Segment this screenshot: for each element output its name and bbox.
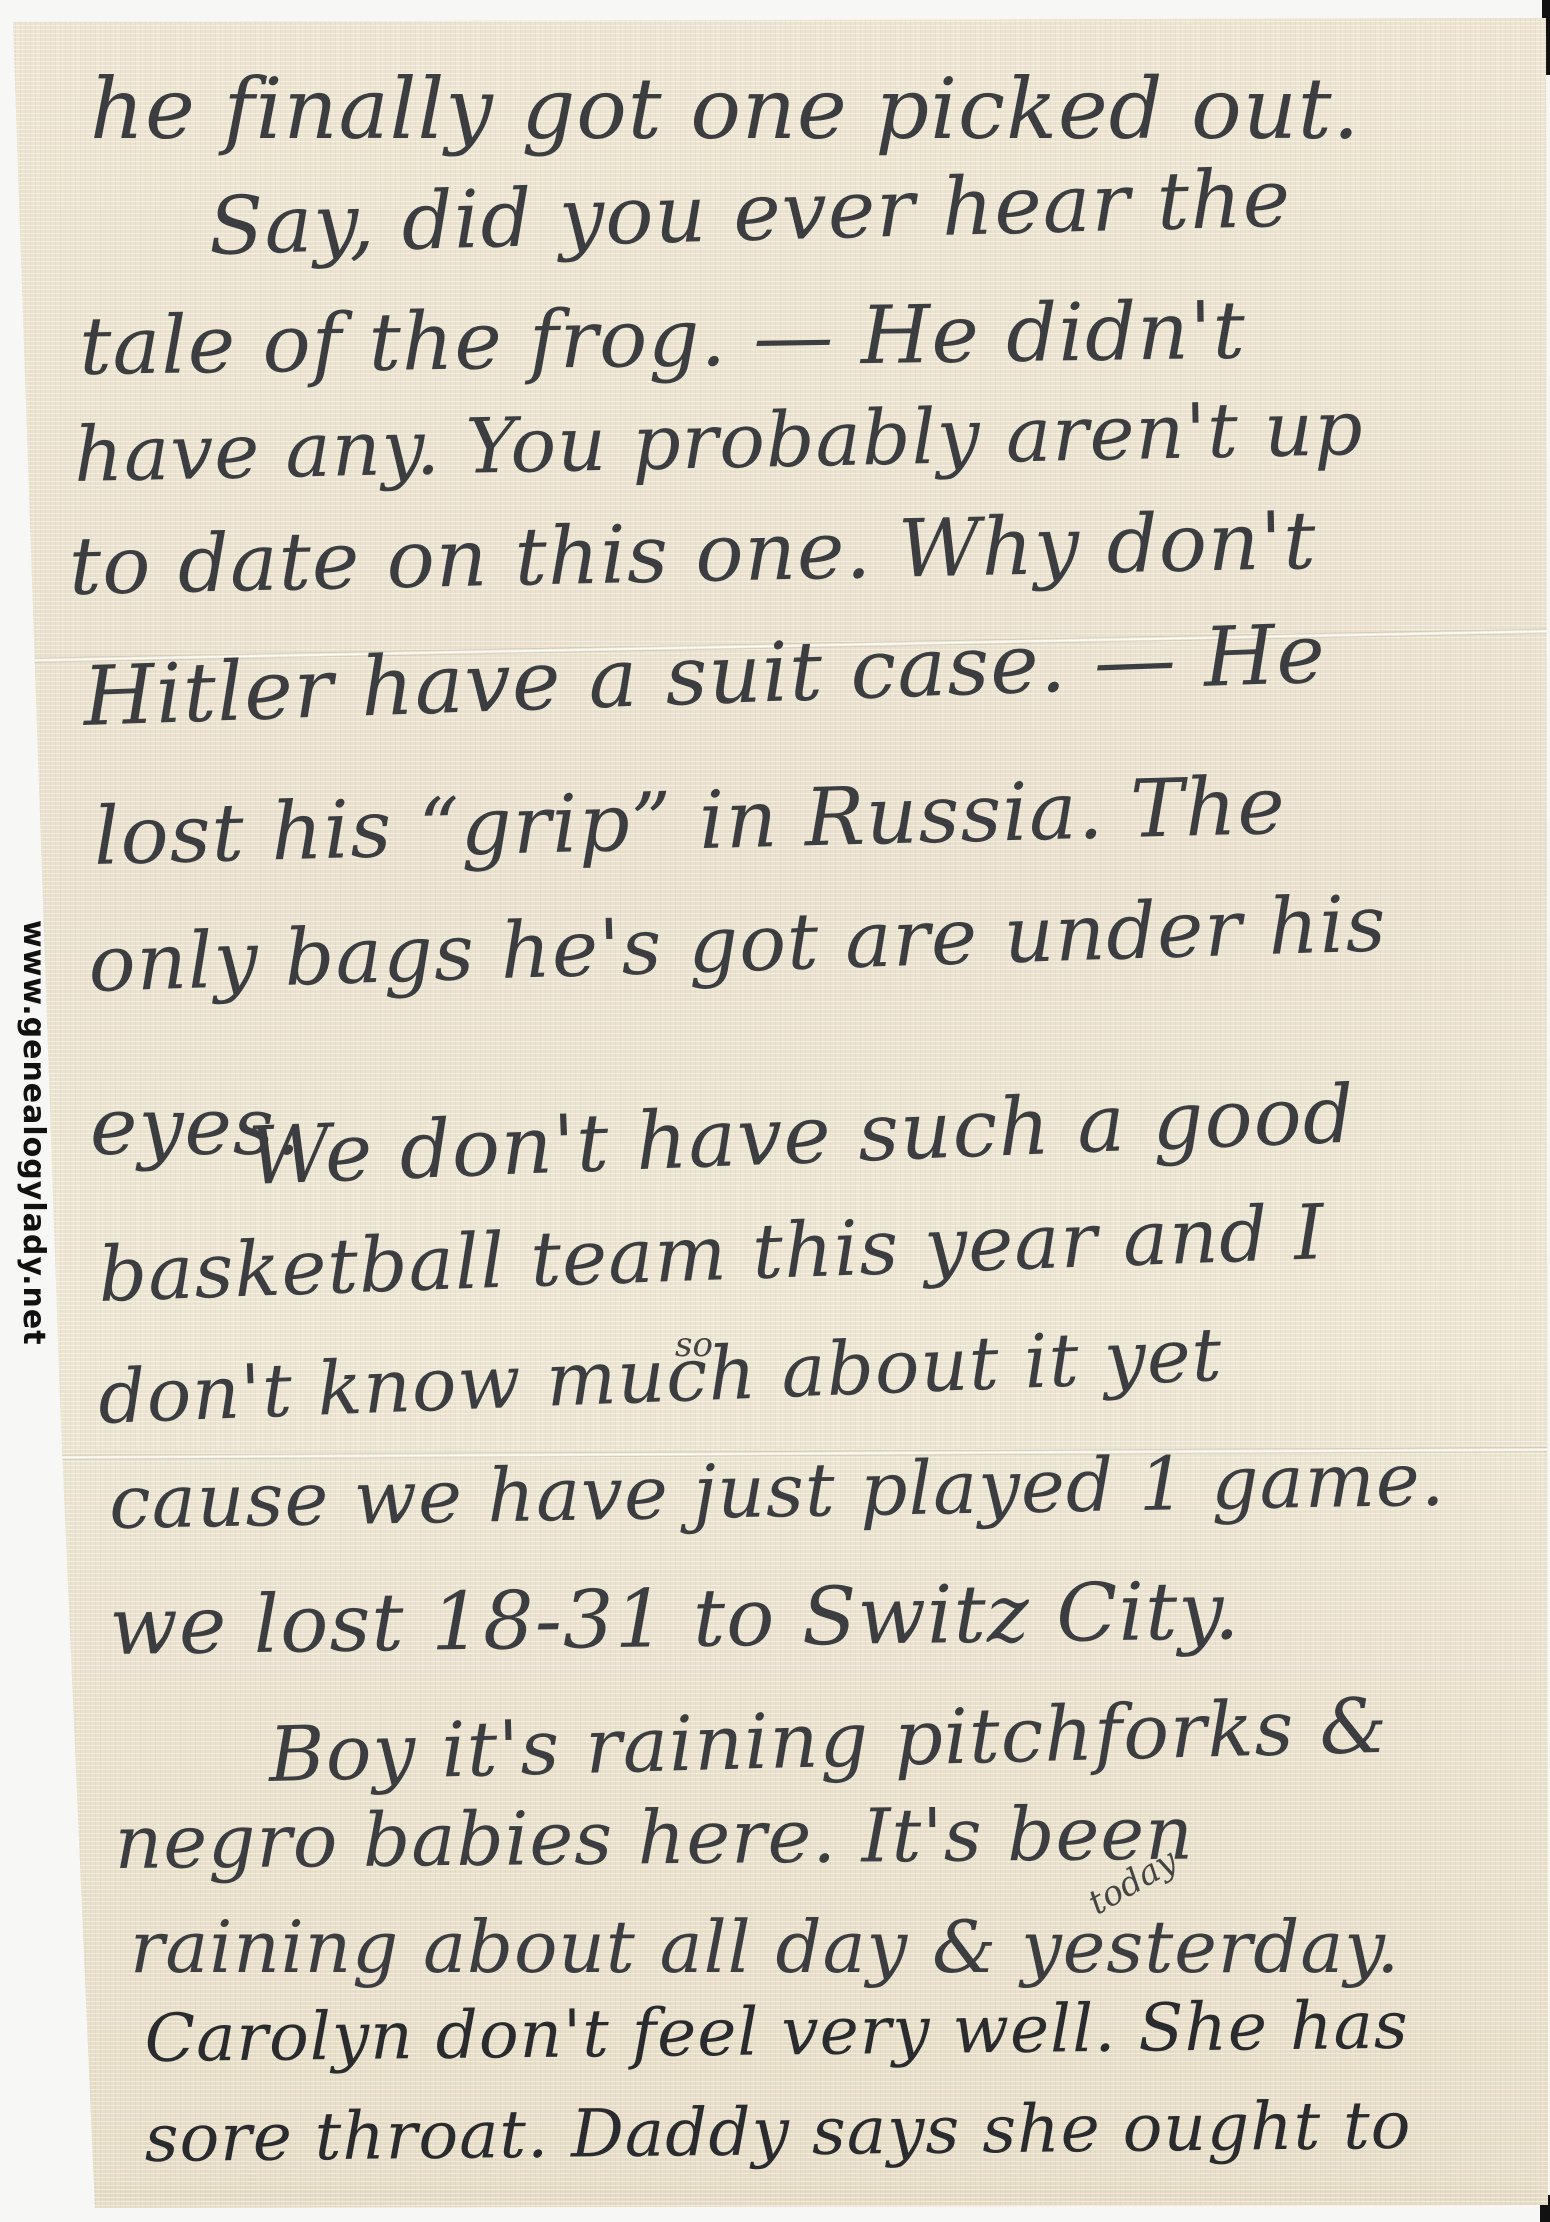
letter-paper: he finally got one picked out. Say, did … [0,0,1550,2222]
letter-line: tale of the frog. — He didn't [79,284,1247,393]
letter-line: to date on this one. Why don't [68,494,1317,613]
watermark-url: www.genealogylady.net [16,920,51,1346]
letter-line: sore throat. Daddy says she ought to [144,2087,1412,2177]
letter-line: Say, did you ever hear the [208,152,1293,273]
letter-line: we lost 18-31 to Switz City. [109,1564,1241,1673]
letter-line: raining about all day & yesterday. [130,1905,1400,1989]
letter-line: negro babies here. It's been [114,1791,1194,1886]
letter-line: basketball team this year and I [97,1187,1326,1319]
letter-line: Boy it's raining pitchforks & [268,1681,1390,1799]
letter-line: have any. You probably aren't up [73,383,1364,499]
letter-line: lost his “grip” in Russia. The [93,759,1287,883]
letter-line: only bags he's got are under his [87,879,1388,1010]
letter-line: We don't have such a good [246,1068,1356,1203]
letter-line: he finally got one picked out. [90,60,1360,158]
letter-line: Hitler have a suit case. — He [82,607,1328,745]
letter-line: Carolyn don't feel very well. She has [144,1987,1409,2077]
letter-line: don't know much about it yet [97,1312,1224,1441]
